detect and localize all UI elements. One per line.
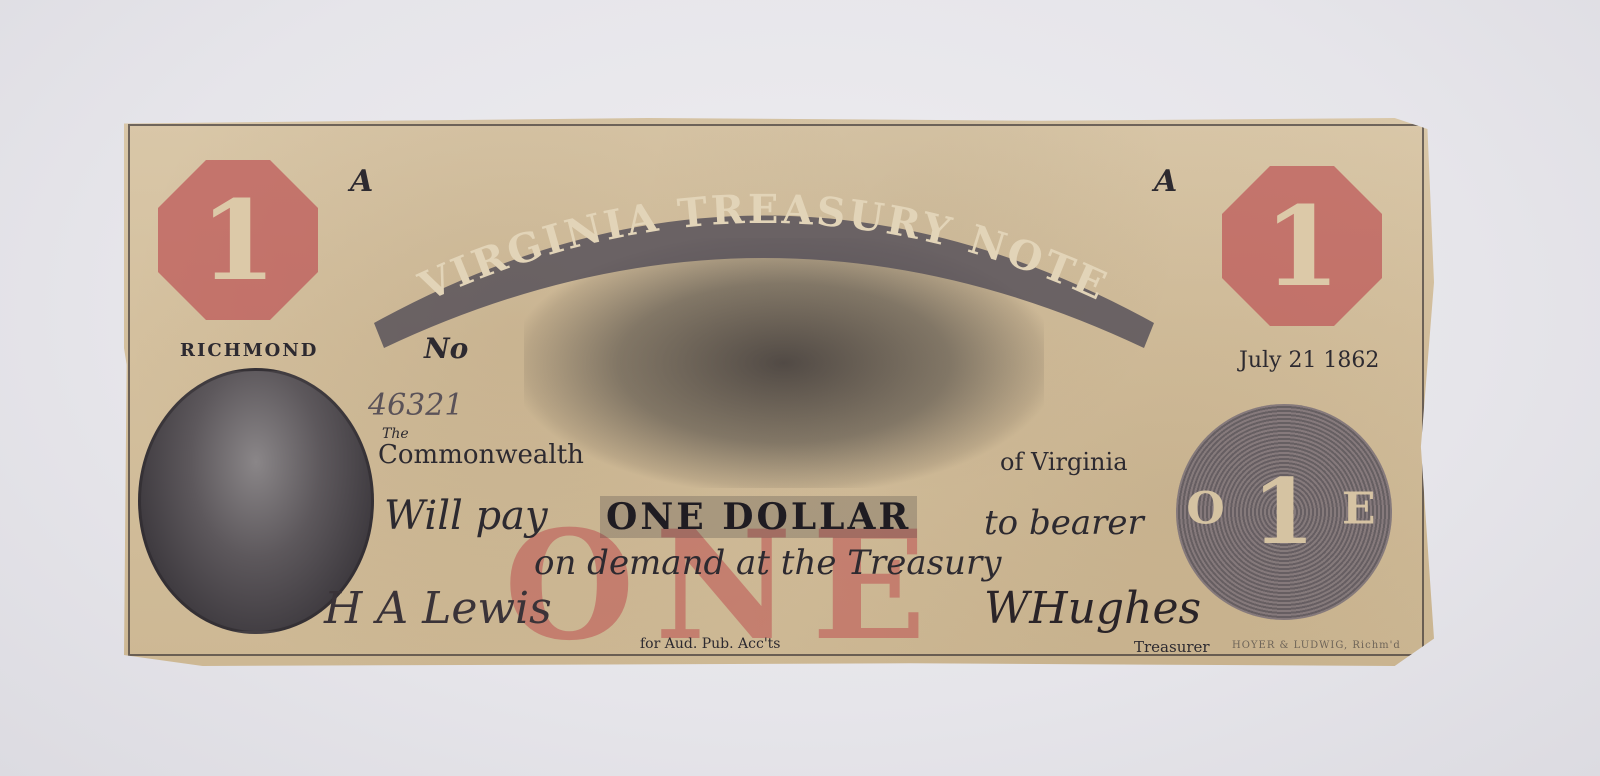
seal-letter-o: O [1186,484,1230,535]
denomination-text: ONE DOLLAR [600,496,917,538]
numeral-right-text: 1 [1264,182,1341,311]
label-auditor: for Aud. Pub. Acc'ts [640,636,781,652]
seal-numeral: 1 [1252,459,1321,565]
number-label: No [424,332,468,365]
issue-date: July 21 1862 [1239,348,1379,373]
place-name: RICHMOND [180,340,318,361]
banknote: 1 1 A A VIRGINIA TREASURY NOTE RICHMOND … [124,118,1434,666]
denomination-seal: O 1 E [1176,404,1392,620]
label-treasurer: Treasurer [1134,638,1210,656]
engraver-imprint: HOYER & LUDWIG, Richm'd [1232,640,1401,651]
numeral-left-text: 1 [200,176,277,305]
text-commonwealth: Commonwealth [378,440,584,470]
text-to-bearer: to bearer [984,503,1144,543]
text-of-virginia: of Virginia [1000,448,1128,476]
red-numeral-right: 1 [1222,166,1382,326]
red-numeral-left: 1 [158,160,318,320]
seal-letter-e: E [1342,484,1382,535]
serial-number: 46321 [368,388,463,423]
signature-treasurer: WHughes [984,583,1201,634]
title-banner: VIRGINIA TREASURY NOTE [354,148,1174,348]
text-on-demand: on demand at the Treasury [534,543,1001,583]
text-will-pay: Will pay [384,493,548,539]
signature-auditor: H A Lewis [324,583,552,634]
